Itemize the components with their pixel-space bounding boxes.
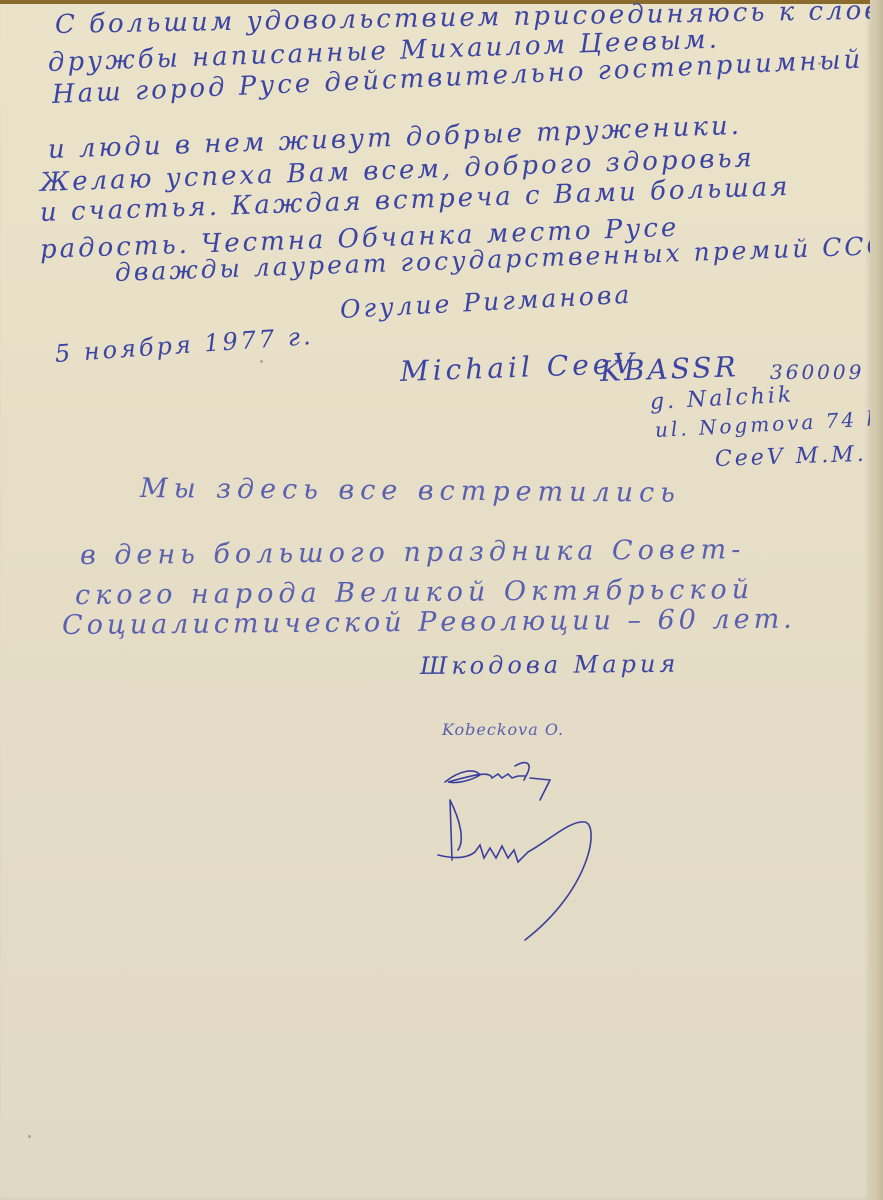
page-right-edge (870, 0, 883, 1200)
paper-spot (260, 360, 263, 363)
entry3-line-2: в день большого праздника Совет- (80, 534, 746, 571)
signature-scribbles-icon (420, 740, 620, 960)
paper-spot (28, 1135, 31, 1138)
entry1-signature: Огулие Ригманова (339, 280, 633, 324)
entry2-region: KBASSR (599, 350, 739, 388)
signature-kobeckova: Kobeckova O. (442, 720, 564, 739)
entry3-line-1: Мы здесь все встретились (140, 473, 681, 509)
guestbook-page: С большим удовольствием присоединяюсь к … (0, 0, 870, 1200)
entry2-initials: CeeV M.M. (715, 442, 868, 472)
entry3-signature: Шкодова Мария (420, 650, 680, 680)
entry3-line-4: Социалистической Революции – 60 лет. (62, 604, 796, 641)
paper-spot (818, 62, 821, 65)
entry2-postal-code: 360009 (770, 360, 864, 384)
entry1-date: 5 ноября 1977 г. (54, 322, 314, 368)
entry2-city: g. Nalchik (649, 382, 794, 415)
